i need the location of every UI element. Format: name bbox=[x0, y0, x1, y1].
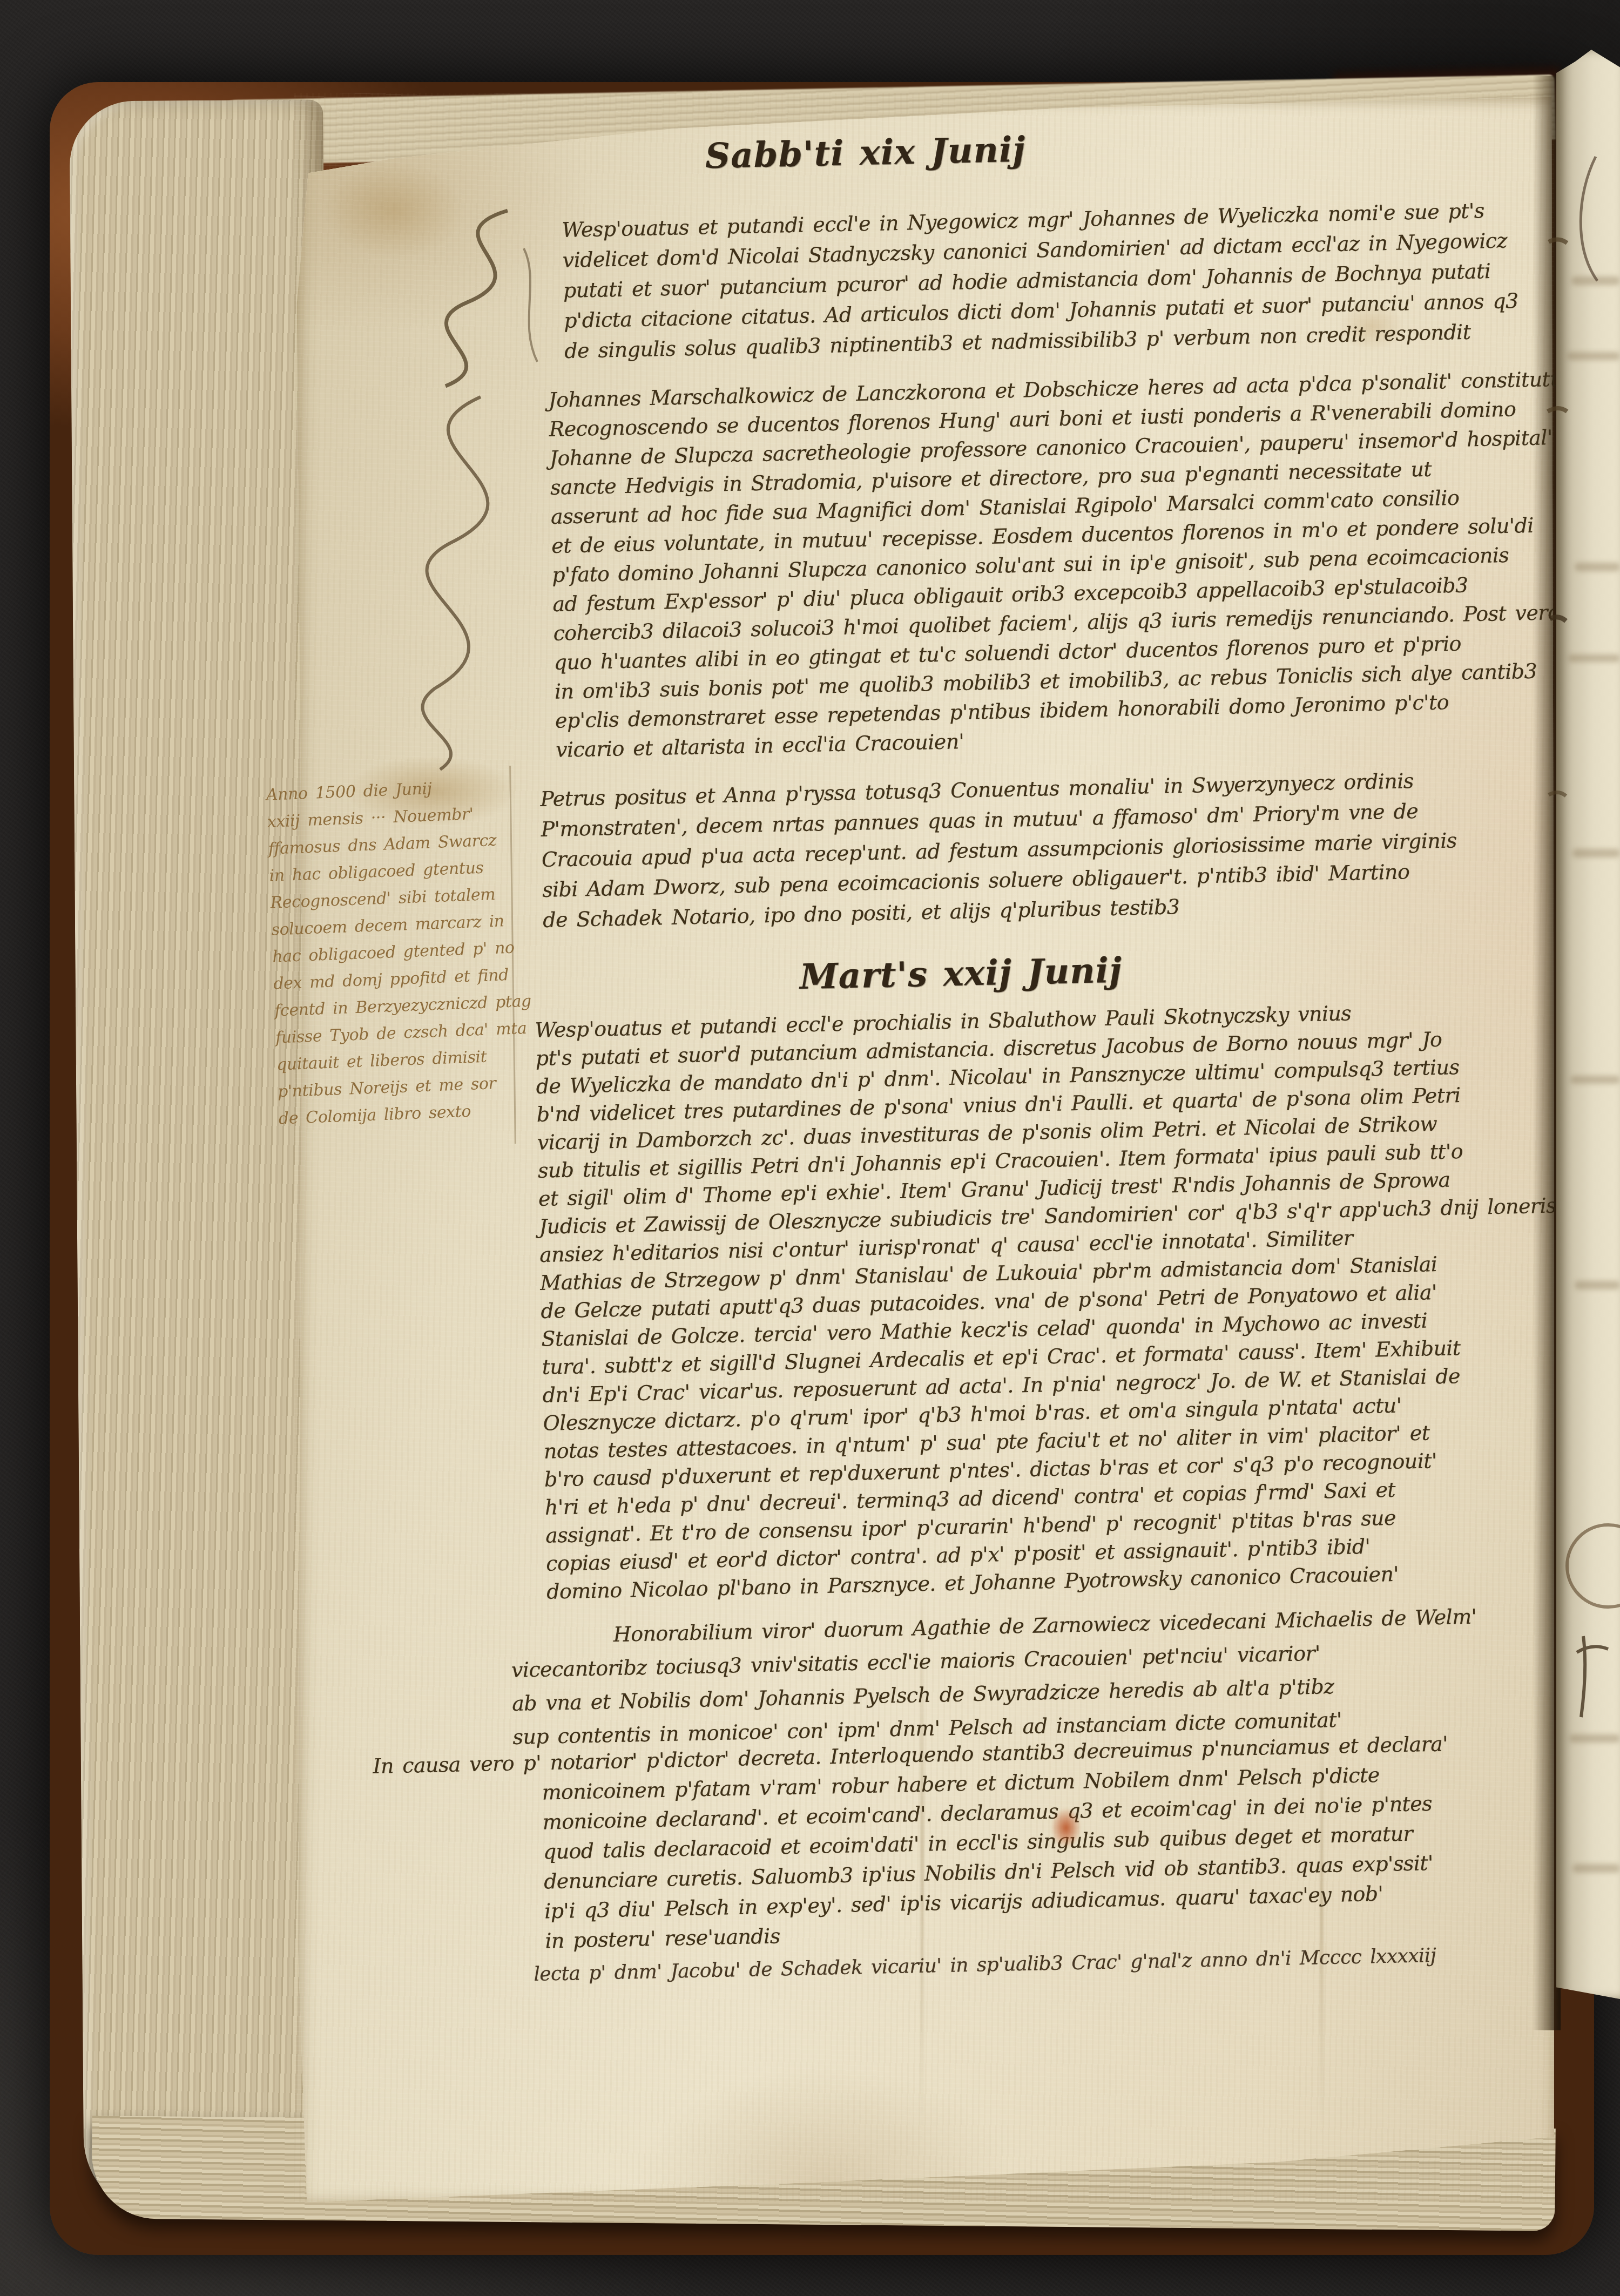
record-entry-4: Wesp'ouatus et putandi eccl'e prochialis… bbox=[535, 995, 1564, 1606]
record-entry-5: Honorabilium viror' duorum Agathie de Za… bbox=[510, 1600, 1479, 1754]
record-entry-1: Wesp'ouatus et putandi eccl'e in Nyegowi… bbox=[562, 195, 1519, 366]
marginal-note: Anno 1500 die Junijxxiij mensis ··· Noue… bbox=[266, 772, 536, 1133]
gutter-ink-marks bbox=[1544, 54, 1620, 2009]
pen-flourish-icon bbox=[346, 184, 572, 778]
manuscript-photo: Sabb'ti xix Junij Wesp'ouatus et putandi… bbox=[0, 0, 1620, 2296]
record-entry-3: Petrus positus et Anna p'ryssa totusq3 C… bbox=[540, 765, 1459, 935]
heading-martis-xxij-junij: Mart's xxij Junij bbox=[799, 950, 1123, 997]
red-ink-stain bbox=[1051, 1808, 1081, 1848]
record-entry-2: Johannes Marschalkowicz de Lanczkorona e… bbox=[548, 364, 1581, 765]
heading-sabbati-xix-junij: Sabb'ti xix Junij bbox=[705, 130, 1026, 177]
record-entry-6: In causa vero p' notarior' p'dictor' dec… bbox=[373, 1729, 1452, 1960]
page-edges-left bbox=[69, 99, 337, 2218]
